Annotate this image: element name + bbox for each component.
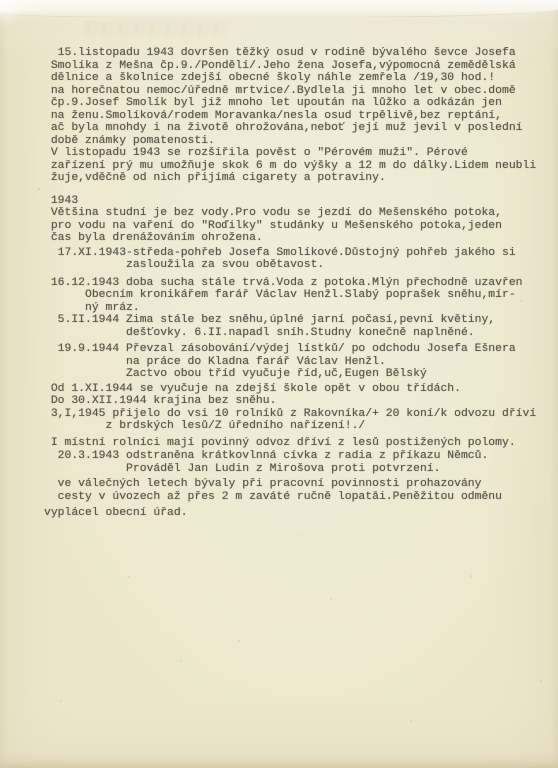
text-line: Šmolíka z Mešna čp.9./Pondělí/.Jeho žena… xyxy=(44,60,556,73)
paper-speckles xyxy=(0,0,2,2)
text-line: na horečnatou nemoc/úředně mrtvice/.Bydl… xyxy=(44,85,556,98)
faint-ink-impression xyxy=(86,21,228,36)
text-line: ač byla mnohdy i na životě ohrožována,ne… xyxy=(44,122,556,135)
text-line: z brdských lesů/Z úředního nařízení!./ xyxy=(44,420,556,433)
text-line: 5.II.1944 Zima stále bez sněhu,úplné jar… xyxy=(44,314,556,327)
text-line: ný mráz. xyxy=(44,302,556,315)
text-line: Většina studní je bez vody.Pro vodu se j… xyxy=(44,207,556,220)
paragraph-block: I místní rolníci mají povinný odvoz dřív… xyxy=(44,437,556,450)
text-line: vyplácel obecní úřad. xyxy=(44,507,556,520)
text-line: 20.3.1943 odstraněna krátkovlnná cívka z… xyxy=(44,450,556,463)
paragraph-block: 19.9.1944 Převzal zásobování/výdej lístk… xyxy=(44,343,556,381)
paper-corner-highlight xyxy=(0,0,30,26)
text-line: čas byla drenážováním ohrožena. xyxy=(44,232,556,245)
text-line: 19.9.1944 Převzal zásobování/výdej lístk… xyxy=(44,343,556,356)
text-line: I místní rolníci mají povinný odvoz dřív… xyxy=(44,437,556,450)
paragraph-block: 15.listopadu 1943 dovršen těžký osud v r… xyxy=(44,47,556,185)
text-line: zařízení prý mu umožňuje skok 6 m do výš… xyxy=(44,160,556,173)
text-line: žuje,vděčně od nich přijímá cigarety a p… xyxy=(44,172,556,185)
paragraph-block: Od 1.XI.1944 se vyučuje na zdejší škole … xyxy=(44,383,556,433)
typewritten-text: 15.listopadu 1943 dovršen těžký osud v r… xyxy=(44,47,556,520)
text-line: dešťovky. 6.II.napadl sníh.Studny konečn… xyxy=(44,327,556,340)
text-line: cesty v úvozech až přes 2 m zaváté ručně… xyxy=(44,491,556,504)
text-line: na práce do Kladna farář Václav Henžl. xyxy=(44,356,556,369)
text-line: 16.12.1943 doba sucha stále trvá.Voda z … xyxy=(44,277,556,290)
text-line: Do 30.XII.1944 krajina bez sněhu. xyxy=(44,395,556,408)
paragraph-block: 16.12.1943 doba sucha stále trvá.Voda z … xyxy=(44,277,556,315)
text-line: zasloužila za svou obětavost. xyxy=(44,259,556,272)
text-line: 3,I,1945 přijelo do vsi 10 rolníků z Rak… xyxy=(44,408,556,421)
paragraph-block: ve válečných letech bývaly při pracovní … xyxy=(44,478,556,503)
paragraph-block: 20.3.1943 odstraněna krátkovlnná cívka z… xyxy=(44,450,556,475)
scanned-document-page: 15.listopadu 1943 dovršen těžký osud v r… xyxy=(0,0,558,768)
text-line: Od 1.XI.1944 se vyučuje na zdejší škole … xyxy=(44,383,556,396)
text-line: 1943 xyxy=(44,195,556,208)
text-line: Obecním kronikářem farář Václav Henžl.Sl… xyxy=(44,289,556,302)
paragraph-block: vyplácel obecní úřad. xyxy=(44,507,556,520)
text-line: 17.XI.1943-středa-pohřeb Josefa Šmolíkov… xyxy=(44,247,556,260)
text-line: 15.listopadu 1943 dovršen těžký osud v r… xyxy=(44,47,556,60)
text-line: pro vodu na vaření do "Roďilky" studánky… xyxy=(44,220,556,233)
text-line: Prováděl Jan Ludin z Mirošova proti potv… xyxy=(44,463,556,476)
text-line: ve válečných letech bývaly při pracovní … xyxy=(44,478,556,491)
paper-top-edge xyxy=(0,0,558,18)
text-line: na ženu.Šmolíková/rodem Moravanka/nesla … xyxy=(44,110,556,123)
text-line: Žactvo obou tříd vyučuje říd,uč,Eugen Bě… xyxy=(44,368,556,381)
paragraph-block: 5.II.1944 Zima stále bez sněhu,úplné jar… xyxy=(44,314,556,339)
text-line: dělnice a školnice zdejší obecné školy n… xyxy=(44,72,556,85)
text-line: V listopadu 1943 se rozšířila pověst o "… xyxy=(44,147,556,160)
paragraph-block: 1943 Většina studní je bez vody.Pro vodu… xyxy=(44,195,556,245)
text-line: době známky pomatenosti. xyxy=(44,135,556,148)
paragraph-block: 17.XI.1943-středa-pohřeb Josefa Šmolíkov… xyxy=(44,247,556,272)
text-line: čp.9.Josef Šmolík byl již mnoho let upou… xyxy=(44,97,556,110)
